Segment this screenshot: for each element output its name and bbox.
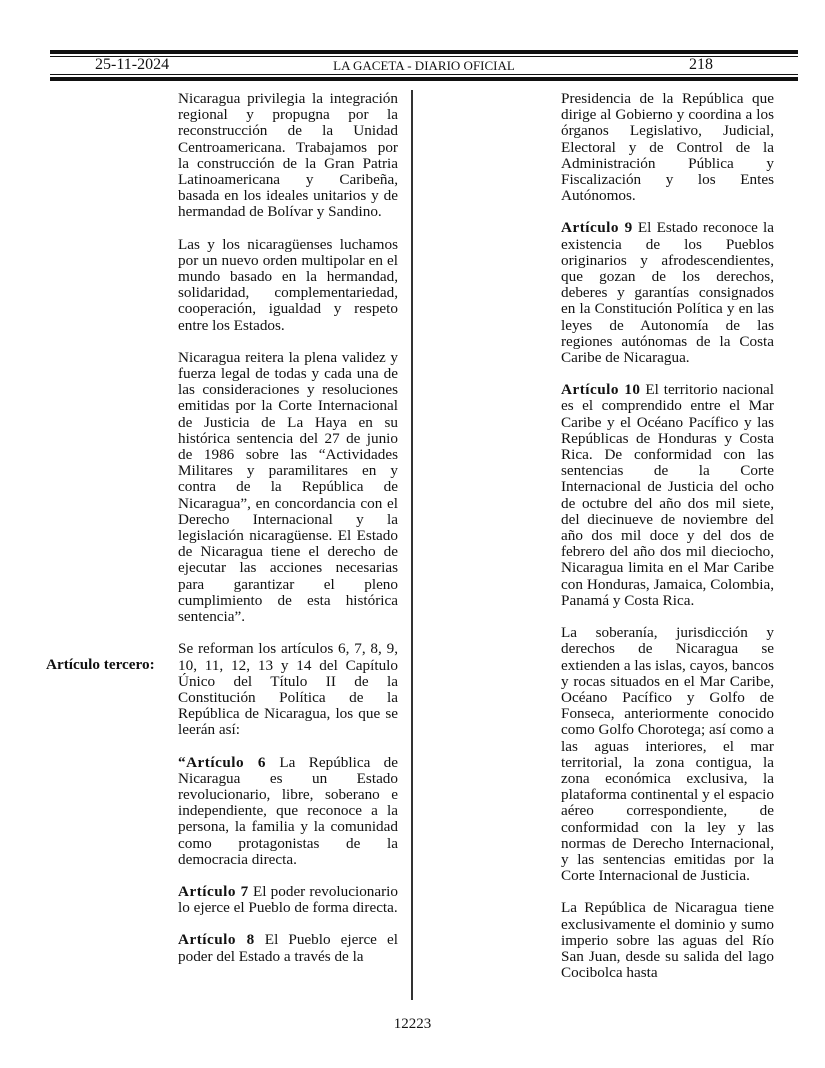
article-7-label: Artículo 7 <box>178 883 249 900</box>
article-8: Artículo 8 El Pueblo ejerce el poder del… <box>178 932 398 964</box>
paragraph-integration: Nicaragua privilegia la integración regi… <box>178 91 398 221</box>
article-7: Artículo 7 El poder revolucionario lo ej… <box>178 884 398 916</box>
article-9: Artículo 9 El Estado reconoce la existen… <box>561 220 774 366</box>
right-column: Presidencia de la República que dirige a… <box>561 91 774 997</box>
article-6-text: La República de Nicaragua es un Estado r… <box>178 754 398 868</box>
article-6: “Artículo 6 La República de Nicaragua es… <box>178 755 398 868</box>
page-header: 25-11-2024 LA GACETA - DIARIO OFICIAL 21… <box>50 56 798 74</box>
paragraph-rio-san-juan: La República de Nicaragua tiene exclusiv… <box>561 900 774 981</box>
article-9-label: Artículo 9 <box>561 219 633 236</box>
header-page-number: 218 <box>689 56 713 74</box>
column-divider <box>411 90 413 1000</box>
paragraph-hague-ruling: Nicaragua reitera la plena validez y fue… <box>178 350 398 625</box>
header-rule-bottom <box>50 77 798 81</box>
article-10: Artículo 10 El territorio nacional es el… <box>561 382 774 609</box>
header-rule-bottom-thin <box>50 74 798 75</box>
header-title: LA GACETA - DIARIO OFICIAL <box>50 58 798 74</box>
header-rule-top <box>50 50 798 54</box>
article-9-text: El Estado reconoce la existencia de los … <box>561 219 774 366</box>
article-6-label: “Artículo 6 <box>178 754 266 771</box>
article-third-label: Artículo tercero: <box>46 656 155 674</box>
paragraph-multipolar: Las y los nicaragüenses luchamos por un … <box>178 237 398 334</box>
paragraph-reform-intro: Se reforman los artículos 6, 7, 8, 9, 10… <box>178 641 398 738</box>
left-column: Nicaragua privilegia la integración regi… <box>178 91 398 981</box>
article-8-label: Artículo 8 <box>178 931 255 948</box>
article-10-text: El territorio nacional es el comprendido… <box>561 381 774 609</box>
gazette-number: 12223 <box>0 1016 825 1033</box>
paragraph-sovereignty: La soberanía, jurisdicción y derechos de… <box>561 625 774 884</box>
article-8-continuation: Presidencia de la República que dirige a… <box>561 91 774 204</box>
article-10-label: Artículo 10 <box>561 381 641 398</box>
